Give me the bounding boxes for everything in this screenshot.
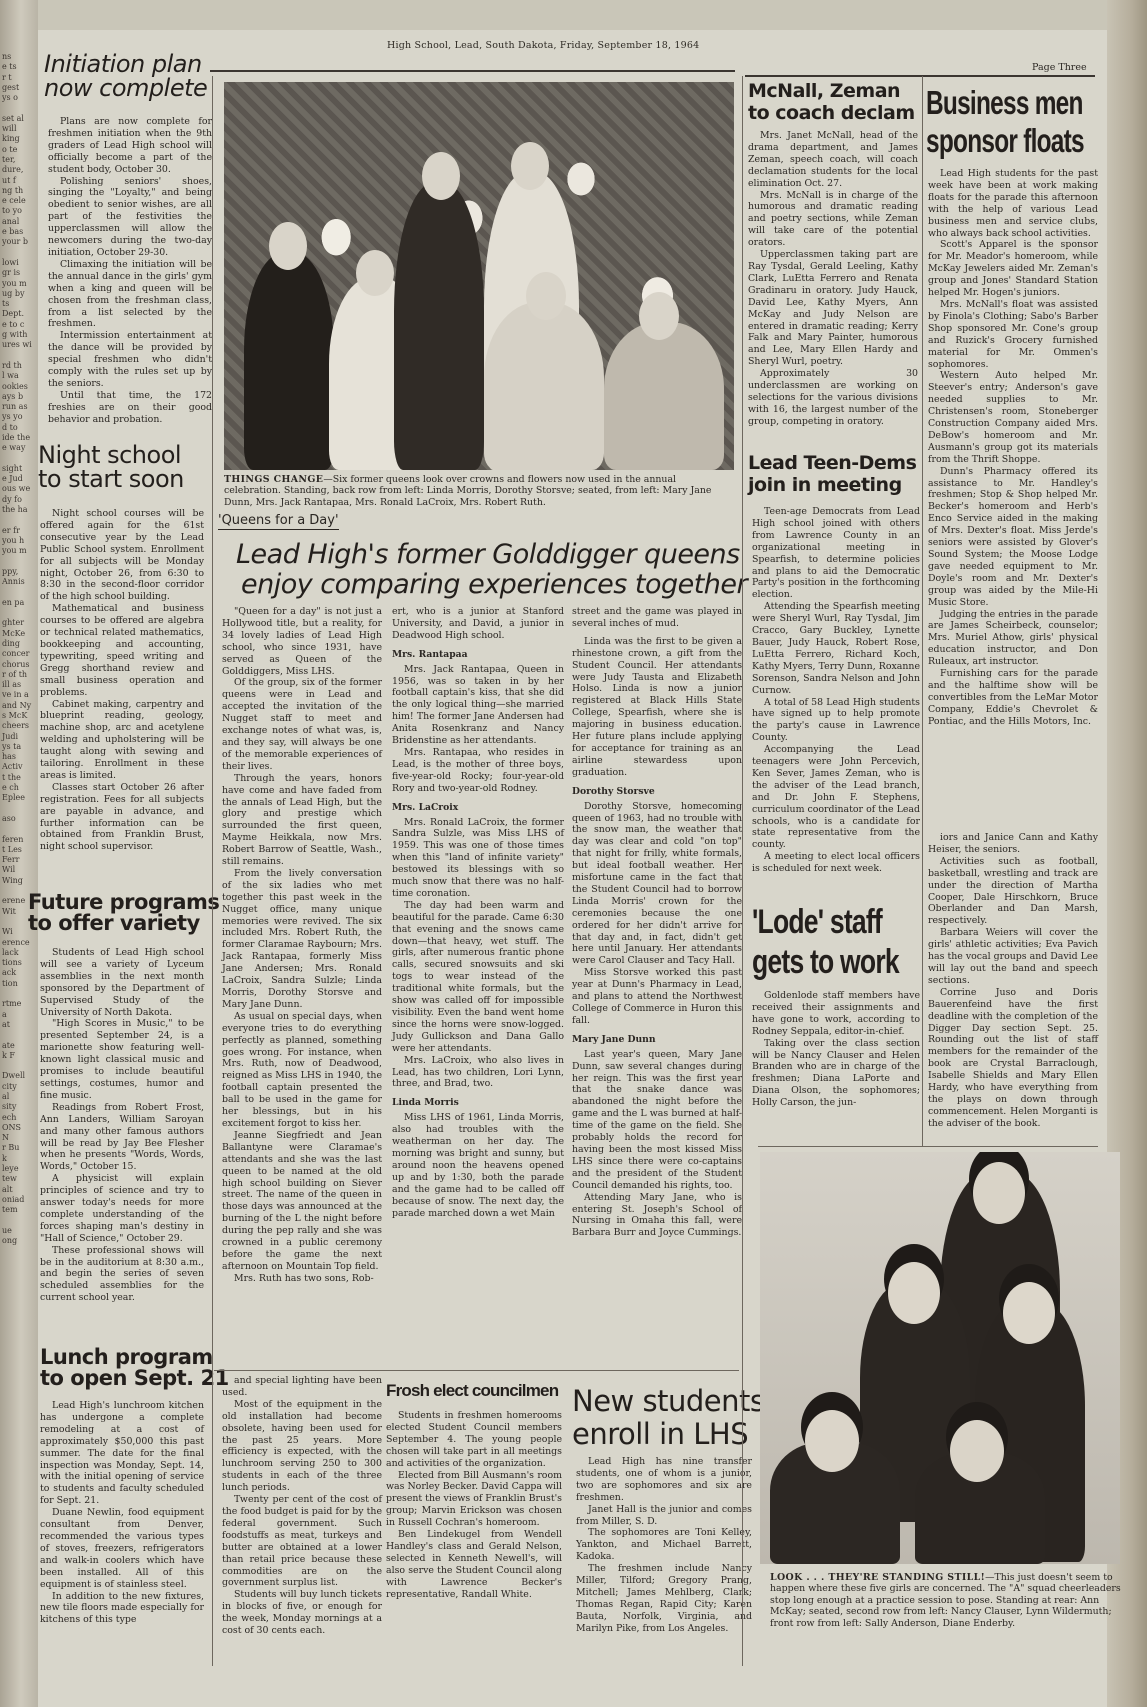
fragment-text: N xyxy=(2,1133,38,1143)
paragraph: Intermission entertainment at the dance … xyxy=(48,330,212,390)
subheading: Dorothy Storsve xyxy=(572,786,742,798)
paragraph: Janet Hall is the junior and comes from … xyxy=(576,1504,752,1528)
paragraph: Miss LHS of 1961, Linda Morris, also had… xyxy=(392,1112,564,1219)
paragraph: Mrs. Rantapaa, who resides in Lead, is t… xyxy=(392,747,564,795)
fragment-text: anal xyxy=(2,217,38,227)
fragment-text: king xyxy=(2,134,38,144)
fragment-text: ts xyxy=(2,299,38,309)
paragraph: iors and Janice Cann and Kathy Heiser, t… xyxy=(928,832,1098,856)
headline-mcnall: McNall, Zeman to coach declam xyxy=(748,80,915,124)
fragment-text: e way xyxy=(2,443,38,453)
fragment-text xyxy=(2,989,38,999)
fragment-text: ures wi xyxy=(2,340,38,350)
fragment-text: s McK xyxy=(2,711,38,721)
fragment-text: run as xyxy=(2,402,38,412)
paragraph: Activities such as football, basketball,… xyxy=(928,856,1098,927)
fragment-text: ide the xyxy=(2,433,38,443)
fragment-text: feren xyxy=(2,835,38,845)
fragment-text: and Ny xyxy=(2,701,38,711)
fragment-text: sight xyxy=(2,464,38,474)
fragment-text: ONS xyxy=(2,1123,38,1133)
fragment-text: al xyxy=(2,1092,38,1102)
column-rule xyxy=(212,76,213,1666)
paragraph: Students of Lead High school will see a … xyxy=(40,947,204,1018)
article-lunch: Lead High's lunchroom kitchen has underg… xyxy=(40,1400,204,1626)
fragment-text: lack xyxy=(2,948,38,958)
paragraph: The day had been warm and beautiful for … xyxy=(392,900,564,1055)
paragraph: Most of the equipment in the old install… xyxy=(222,1399,382,1494)
fragment-text: rtme xyxy=(2,999,38,1009)
masthead-line: High School, Lead, South Dakota, Friday,… xyxy=(387,40,699,51)
fragment-text: tew xyxy=(2,1174,38,1184)
headline-teen-dems: Lead Teen-Dems join in meeting xyxy=(748,452,916,496)
paragraph: Ben Lindekugel from Wendell Handley's cl… xyxy=(386,1529,562,1600)
column-rule xyxy=(742,76,743,1666)
fragment-text: ous we xyxy=(2,484,38,494)
paragraph: Approximately 30 underclassmen are worki… xyxy=(748,368,918,428)
fragment-text: ech xyxy=(2,1113,38,1123)
paragraph: Goldenlode staff members have received t… xyxy=(752,990,920,1038)
fragment-text: Dept. xyxy=(2,309,38,319)
fragment-text: cheers xyxy=(2,721,38,731)
fragment-text xyxy=(2,351,38,361)
subheading: Linda Morris xyxy=(392,1097,564,1109)
headline-lode: 'Lode' staff gets to work xyxy=(752,902,899,982)
fragment-text: ys yo xyxy=(2,412,38,422)
paragraph: Accompanying the Lead teenagers were Joh… xyxy=(752,744,920,851)
fragment-text xyxy=(2,608,38,618)
masthead-rule xyxy=(210,70,735,72)
fragment-text: l wa xyxy=(2,371,38,381)
article-lode-continued: iors and Janice Cann and Kathy Heiser, t… xyxy=(928,832,1098,1130)
paragraph: Upperclassmen taking part are Ray Tysdal… xyxy=(748,249,918,368)
fragment-text xyxy=(2,454,38,464)
fragment-text: e ch xyxy=(2,783,38,793)
headline-new-students: New students enroll in LHS xyxy=(572,1385,764,1451)
paragraph: A physicist will explain principles of s… xyxy=(40,1173,204,1244)
article-initiation: Plans are now complete for freshmen init… xyxy=(48,116,212,426)
article-new-students: Lead High has nine transfer students, on… xyxy=(576,1456,752,1635)
paragraph: Elected from Bill Ausmann's room was Nor… xyxy=(386,1470,562,1530)
paragraph: Duane Newlin, food equipment consultant … xyxy=(40,1507,204,1590)
paragraph: "High Scores in Music," to be presented … xyxy=(40,1018,204,1101)
fragment-text: ug by xyxy=(2,289,38,299)
paragraph: Mrs. McNall is in charge of the humorous… xyxy=(748,190,918,250)
fragment-text: your b xyxy=(2,237,38,247)
paragraph: and special lighting have been used. xyxy=(222,1375,382,1399)
paragraph: Furnishing cars for the parade and the h… xyxy=(928,668,1098,728)
fragment-text: r of th xyxy=(2,670,38,680)
fragment-text: ter, xyxy=(2,155,38,165)
fragment-text: r Bu xyxy=(2,1143,38,1153)
cheerleaders-photo-caption: LOOK . . . THEY'RE STANDING STILL!—This … xyxy=(770,1572,1124,1629)
fragment-text: gest xyxy=(2,83,38,93)
fragment-text: you m xyxy=(2,279,38,289)
fragment-text: dy fo xyxy=(2,495,38,505)
paragraph: Last year's queen, Mary Jane Dunn, saw s… xyxy=(572,1049,742,1192)
fragment-text: alt xyxy=(2,1185,38,1195)
fragment-text xyxy=(2,824,38,834)
fragment-text xyxy=(2,1061,38,1071)
fragment-text: ookies xyxy=(2,382,38,392)
paragraph: Readings from Robert Frost, Ann Landers,… xyxy=(40,1102,204,1173)
article-queens-col3: street and the game was played in severa… xyxy=(572,606,742,1239)
fragment-text: dure, xyxy=(2,165,38,175)
fragment-text: ng th xyxy=(2,186,38,196)
fragment-text: g with xyxy=(2,330,38,340)
fragment-text: Wil xyxy=(2,865,38,875)
fragment-text: Ferr xyxy=(2,855,38,865)
paragraph: street and the game was played in severa… xyxy=(572,606,742,630)
paragraph: Dunn's Pharmacy offered its assistance t… xyxy=(928,466,1098,609)
adjacent-page-fragments: nse tsr tgestys o set alwillkingo teter,… xyxy=(0,0,38,1246)
paragraph: Scott's Apparel is the sponsor for Mr. M… xyxy=(928,239,1098,299)
paragraph: From the lively conversation of the six … xyxy=(222,868,382,1011)
kicker-queens-for-a-day: 'Queens for a Day' xyxy=(218,513,339,530)
fragment-text xyxy=(2,248,38,258)
paragraph: Climaxing the initiation will be the ann… xyxy=(48,259,212,330)
fragment-text: ppy, xyxy=(2,567,38,577)
paragraph: Jeanne Siegfriedt and Jean Ballantyne we… xyxy=(222,1130,382,1273)
masthead-rule-right xyxy=(745,75,1095,77)
subheading: Mrs. LaCroix xyxy=(392,802,564,814)
article-queens-col2: ert, who is a junior at Stanford Univers… xyxy=(392,606,564,1219)
paragraph: Until that time, the 172 freshies are on… xyxy=(48,390,212,426)
fragment-text: to yo xyxy=(2,206,38,216)
section-rule xyxy=(214,1370,739,1371)
fragment-text: ys ta xyxy=(2,742,38,752)
fragment-text: tem xyxy=(2,1205,38,1215)
paragraph: Plans are now complete for freshmen init… xyxy=(48,116,212,176)
binding-gutter: nse tsr tgestys o set alwillkingo teter,… xyxy=(0,0,38,1707)
fragment-text: set al xyxy=(2,114,38,124)
paragraph: Mrs. Ronald LaCroix, the former Sandra S… xyxy=(392,817,564,900)
paragraph: "Queen for a day" is not just a Hollywoo… xyxy=(222,606,382,677)
fragment-text: ve in a xyxy=(2,690,38,700)
fragment-text: city xyxy=(2,1082,38,1092)
article-queens-col1: "Queen for a day" is not just a Hollywoo… xyxy=(222,606,382,1285)
fragment-text: Wing xyxy=(2,876,38,886)
fragment-text: ate xyxy=(2,1041,38,1051)
fragment-text: ut f xyxy=(2,176,38,186)
fragment-text: ghter xyxy=(2,618,38,628)
paragraph: Lead High students for the past week hav… xyxy=(928,168,1098,239)
fragment-text xyxy=(2,103,38,113)
paragraph: The sophomores are Toni Kelley, Yankton,… xyxy=(576,1527,752,1563)
fragment-text: tions xyxy=(2,958,38,968)
fragment-text: you h xyxy=(2,536,38,546)
fragment-text: oniad xyxy=(2,1195,38,1205)
paragraph: A meeting to elect local officers is sch… xyxy=(752,851,920,875)
paragraph: Lead High's lunchroom kitchen has underg… xyxy=(40,1400,204,1507)
headline-queens: Lead High's former Golddigger queens enj… xyxy=(236,540,747,600)
paragraph: Of the group, six of the former queens w… xyxy=(222,677,382,772)
paragraph: Teen-age Democrats from Lead High school… xyxy=(752,506,920,601)
fragment-text: e bas xyxy=(2,227,38,237)
paragraph: Mrs. Ruth has two sons, Rob- xyxy=(222,1273,382,1285)
fragment-text: ill as xyxy=(2,680,38,690)
paragraph: Through the years, honors have come and … xyxy=(222,773,382,868)
fragment-text: leye xyxy=(2,1164,38,1174)
fragment-text: at xyxy=(2,1020,38,1030)
fragment-text: will xyxy=(2,124,38,134)
article-teen-dems: Teen-age Democrats from Lead High school… xyxy=(752,506,920,875)
fragment-text xyxy=(2,557,38,567)
paragraph: ert, who is a junior at Stanford Univers… xyxy=(392,606,564,642)
fragment-text xyxy=(2,1216,38,1226)
fragment-text: tion xyxy=(2,979,38,989)
fragment-text xyxy=(2,587,38,597)
paragraph: Taking over the class section will be Na… xyxy=(752,1038,920,1109)
fragment-text xyxy=(2,804,38,814)
article-night-school: Night school courses will be offered aga… xyxy=(40,508,204,853)
fragment-text: ys o xyxy=(2,93,38,103)
article-mcnall: Mrs. Janet McNall, head of the drama dep… xyxy=(748,130,918,428)
fragment-text: aso xyxy=(2,814,38,824)
fragment-text: d to xyxy=(2,423,38,433)
fragment-text: rd th xyxy=(2,361,38,371)
fragment-text: gr is xyxy=(2,268,38,278)
fragment-text: a xyxy=(2,1010,38,1020)
fragment-text: er fr xyxy=(2,526,38,536)
fragment-text: k xyxy=(2,1154,38,1164)
paragraph: Students will buy lunch tickets in block… xyxy=(222,1589,382,1637)
fragment-text: Judi xyxy=(2,732,38,742)
paragraph: Twenty per cent of the cost of the food … xyxy=(222,1494,382,1589)
paragraph: Mrs. LaCroix, who also lives in Lead, ha… xyxy=(392,1055,564,1091)
article-future-programs: Students of Lead High school will see a … xyxy=(40,947,204,1304)
paragraph: Mrs. Jack Rantapaa, Queen in 1956, was s… xyxy=(392,664,564,747)
headline-initiation: Initiation plan now complete xyxy=(44,52,207,100)
cheerleaders-photo xyxy=(760,1152,1120,1564)
article-frosh: Students in freshmen homerooms elected S… xyxy=(386,1410,562,1601)
column-rule xyxy=(922,76,923,1146)
fragment-text xyxy=(2,515,38,525)
fragment-text: t Les xyxy=(2,845,38,855)
paragraph: Mrs. McNall's float was assisted by Fino… xyxy=(928,299,1098,370)
fragment-text: McKe xyxy=(2,629,38,639)
paragraph: Linda was the first to be given a rhines… xyxy=(572,636,742,779)
paragraph: Mathematical and business courses to be … xyxy=(40,603,204,698)
paragraph: Cabinet making, carpentry and blueprint … xyxy=(40,699,204,782)
fragment-text: e Jud xyxy=(2,474,38,484)
queens-photo-caption: THINGS CHANGE—Six former queens look ove… xyxy=(224,474,734,508)
fragment-text: ding xyxy=(2,639,38,649)
paragraph: Western Auto helped Mr. Steever's entry;… xyxy=(928,370,1098,465)
fragment-text: chorus xyxy=(2,660,38,670)
subheading: Mrs. Rantapaa xyxy=(392,649,564,661)
fragment-text: ack xyxy=(2,968,38,978)
fragment-text: k F xyxy=(2,1051,38,1061)
headline-business: Business men sponsor floats xyxy=(926,84,1084,160)
headline-lunch: Lunch program to open Sept. 21 xyxy=(40,1347,229,1389)
paragraph: Judging the entries in the parade are Ja… xyxy=(928,609,1098,669)
paragraph: Attending the Spearfish meeting were She… xyxy=(752,601,920,696)
fragment-text: ong xyxy=(2,1236,38,1246)
fragment-text: sity xyxy=(2,1102,38,1112)
paragraph: Polishing seniors' shoes, singing the "L… xyxy=(48,176,212,259)
paragraph: These professional shows will be in the … xyxy=(40,1245,204,1305)
section-rule xyxy=(758,1146,1098,1147)
paragraph: Barbara Weiers will cover the girls' ath… xyxy=(928,927,1098,987)
paragraph: As usual on special days, when everyone … xyxy=(222,1011,382,1130)
paragraph: The freshmen include Nancy Miller, Tilfo… xyxy=(576,1563,752,1634)
fragment-text: Activ xyxy=(2,762,38,772)
fragment-text: Annis xyxy=(2,577,38,587)
paragraph: Students in freshmen homerooms elected S… xyxy=(386,1410,562,1470)
fragment-text: e ts xyxy=(2,62,38,72)
paragraph: Attending Mary Jane, who is entering St.… xyxy=(572,1192,742,1240)
fragment-text: Eplee xyxy=(2,793,38,803)
paragraph: Mrs. Janet McNall, head of the drama dep… xyxy=(748,130,918,190)
paragraph: In addition to the new fixtures, new til… xyxy=(40,1591,204,1627)
fragment-text: concer xyxy=(2,649,38,659)
fragment-text: ns xyxy=(2,52,38,62)
article-lode: Goldenlode staff members have received t… xyxy=(752,990,920,1109)
fragment-text: Dwell xyxy=(2,1071,38,1081)
fragment-text: t the xyxy=(2,773,38,783)
fragment-text: erence xyxy=(2,938,38,948)
paragraph: Dorothy Storsve, homecoming queen of 196… xyxy=(572,801,742,968)
page-number: Page Three xyxy=(1032,62,1087,73)
paragraph: Lead High has nine transfer students, on… xyxy=(576,1456,752,1504)
paragraph: Miss Storsve worked this past year at Du… xyxy=(572,967,742,1027)
fragment-text: e to c xyxy=(2,320,38,330)
fragment-text: r t xyxy=(2,73,38,83)
headline-night-school: Night school to start soon xyxy=(38,443,184,491)
headline-frosh: Frosh elect councilmen xyxy=(386,1382,558,1399)
fragment-text: the ha xyxy=(2,505,38,515)
fragment-text: ue xyxy=(2,1226,38,1236)
article-lunch-continued: and special lighting have been used.Most… xyxy=(222,1375,382,1637)
subheading: Mary Jane Dunn xyxy=(572,1034,742,1046)
fragment-text: you m xyxy=(2,546,38,556)
fragment-text: en pa xyxy=(2,598,38,608)
fragment-text: lowi xyxy=(2,258,38,268)
fragment-text xyxy=(2,1030,38,1040)
paragraph: Corrine Juso and Doris Bauerenfeind have… xyxy=(928,987,1098,1130)
headline-future-programs: Future programs to offer variety xyxy=(28,892,219,934)
paragraph: A total of 58 Lead High students have si… xyxy=(752,697,920,745)
fragment-text: has xyxy=(2,752,38,762)
fragment-text: e cele xyxy=(2,196,38,206)
paragraph: Night school courses will be offered aga… xyxy=(40,508,204,603)
paragraph: Classes start October 26 after registrat… xyxy=(40,782,204,853)
queens-photo xyxy=(224,82,734,470)
fragment-text: o te xyxy=(2,145,38,155)
fragment-text: ays b xyxy=(2,392,38,402)
article-business: Lead High students for the past week hav… xyxy=(928,168,1098,728)
